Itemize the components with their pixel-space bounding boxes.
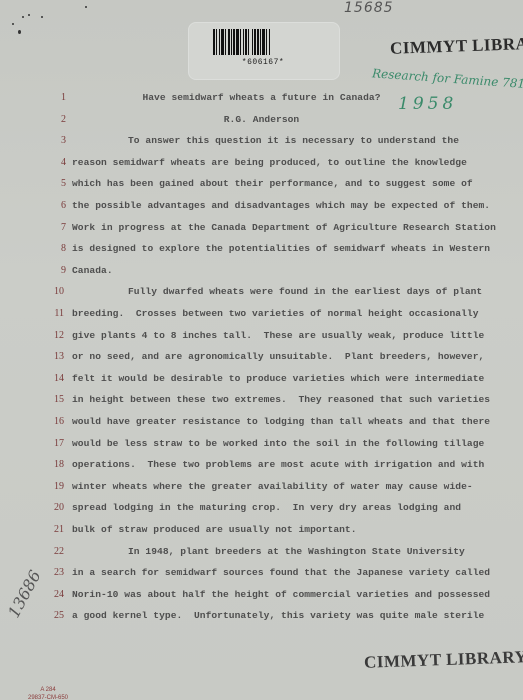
line-number: 25 (44, 610, 64, 621)
line-text: felt it would be desirable to produce va… (72, 373, 484, 384)
line-text: bulk of straw produced are usually not i… (72, 524, 357, 535)
line-number: 20 (44, 502, 64, 513)
text-line: 16would have greater resistance to lodgi… (0, 416, 523, 430)
text-line: 5which has been gained about their perfo… (0, 178, 523, 192)
line-text: Fully dwarfed wheats were found in the e… (128, 286, 482, 297)
line-number: 13 (44, 351, 64, 362)
line-number: 18 (44, 459, 64, 470)
line-text: Work in progress at the Canada Departmen… (72, 222, 496, 233)
text-line: 25a good kernel type. Unfortunately, thi… (0, 610, 523, 624)
document-page: 15685 *606167* CIMMYT LIBRARY Research f… (0, 0, 523, 700)
line-number: 11 (44, 308, 64, 319)
paper-speck (18, 30, 21, 34)
line-text: spread lodging in the maturing crop. In … (72, 502, 461, 513)
library-stamp-bottom: CIMMYT LIBRARY (364, 647, 523, 673)
barcode-number: *606167* (188, 58, 338, 67)
line-number: 3 (46, 135, 66, 146)
text-line: 7Work in progress at the Canada Departme… (0, 222, 523, 236)
line-text: would be less straw to be worked into th… (72, 438, 484, 449)
line-text: winter wheats where the greater availabi… (72, 481, 473, 492)
text-line: 24Norin-10 was about half the height of … (0, 589, 523, 603)
text-line: 19winter wheats where the greater availa… (0, 481, 523, 495)
paper-speck (22, 16, 24, 18)
line-number: 4 (46, 157, 66, 168)
line-number: 21 (44, 524, 64, 535)
text-line: 17would be less straw to be worked into … (0, 438, 523, 452)
line-text: a good kernel type. Unfortunately, this … (72, 610, 484, 621)
line-text: reason semidwarf wheats are being produc… (72, 157, 467, 168)
text-line: 6the possible advantages and disadvantag… (0, 200, 523, 214)
barcode (213, 29, 287, 55)
library-stamp-top: CIMMYT LIBRARY (390, 33, 523, 59)
line-number: 17 (44, 438, 64, 449)
text-line: 3To answer this question it is necessary… (0, 135, 523, 149)
line-number: 15 (44, 394, 64, 405)
line-number: 9 (46, 265, 66, 276)
text-line: 21bulk of straw produced are usually not… (0, 524, 523, 538)
line-text: To answer this question it is necessary … (128, 135, 459, 146)
text-line: 18operations. These two problems are mos… (0, 459, 523, 473)
line-text: which has been gained about their perfor… (72, 178, 473, 189)
line-text: would have greater resistance to lodging… (72, 416, 490, 427)
line-number: 7 (46, 222, 66, 233)
line-number: 6 (46, 200, 66, 211)
line-number: 12 (44, 330, 64, 341)
line-number: 19 (44, 481, 64, 492)
handwritten-note: Research for Famine 7814- (372, 66, 523, 91)
form-code: A 284 29837-CM-650 (18, 686, 78, 700)
form-code-line-2: 29837-CM-650 (18, 694, 78, 700)
line-text: Have semidwarf wheats a future in Canada… (0, 92, 523, 103)
text-line: 13or no seed, and are agronomically unsu… (0, 351, 523, 365)
line-text: the possible advantages and disadvantage… (72, 200, 490, 211)
line-number: 22 (44, 546, 64, 557)
text-line: 2R.G. Anderson (0, 114, 523, 128)
line-number: 10 (44, 286, 64, 297)
text-line: 23in a search for semidwarf sources foun… (0, 567, 523, 581)
text-line: 20spread lodging in the maturing crop. I… (0, 502, 523, 516)
handwritten-accession-number: 15685 (344, 0, 394, 16)
line-text: breeding. Crosses between two varieties … (72, 308, 479, 319)
line-number: 5 (46, 178, 66, 189)
text-line: 1Have semidwarf wheats a future in Canad… (0, 92, 523, 106)
text-line: 15in height between these two extremes. … (0, 394, 523, 408)
line-text: Norin-10 was about half the height of co… (72, 589, 490, 600)
line-text: in height between these two extremes. Th… (72, 394, 490, 405)
text-line: 11breeding. Crosses between two varietie… (0, 308, 523, 322)
line-text: In 1948, plant breeders at the Washingto… (128, 546, 465, 557)
form-code-line-1: A 284 (18, 686, 78, 694)
text-line: 4reason semidwarf wheats are being produ… (0, 157, 523, 171)
line-text: operations. These two problems are most … (72, 459, 484, 470)
paper-speck (12, 23, 14, 25)
line-text: is designed to explore the potentialitie… (72, 243, 490, 254)
text-line: 9Canada. (0, 265, 523, 279)
line-text: or no seed, and are agronomically unsuit… (72, 351, 484, 362)
line-text: give plants 4 to 8 inches tall. These ar… (72, 330, 484, 341)
line-text: Canada. (72, 265, 113, 276)
line-number: 24 (44, 589, 64, 600)
text-line: 8is designed to explore the potentialiti… (0, 243, 523, 257)
paper-speck (41, 16, 43, 18)
line-number: 23 (44, 567, 64, 578)
text-line: 10Fully dwarfed wheats were found in the… (0, 286, 523, 300)
line-number: 14 (44, 373, 64, 384)
paper-speck (28, 14, 30, 16)
text-line: 12give plants 4 to 8 inches tall. These … (0, 330, 523, 344)
text-line: 22In 1948, plant breeders at the Washing… (0, 546, 523, 560)
line-text: R.G. Anderson (0, 114, 523, 125)
line-text: in a search for semidwarf sources found … (72, 567, 490, 578)
line-number: 8 (46, 243, 66, 254)
line-number: 16 (44, 416, 64, 427)
text-line: 14felt it would be desirable to produce … (0, 373, 523, 387)
paper-speck (85, 6, 87, 8)
